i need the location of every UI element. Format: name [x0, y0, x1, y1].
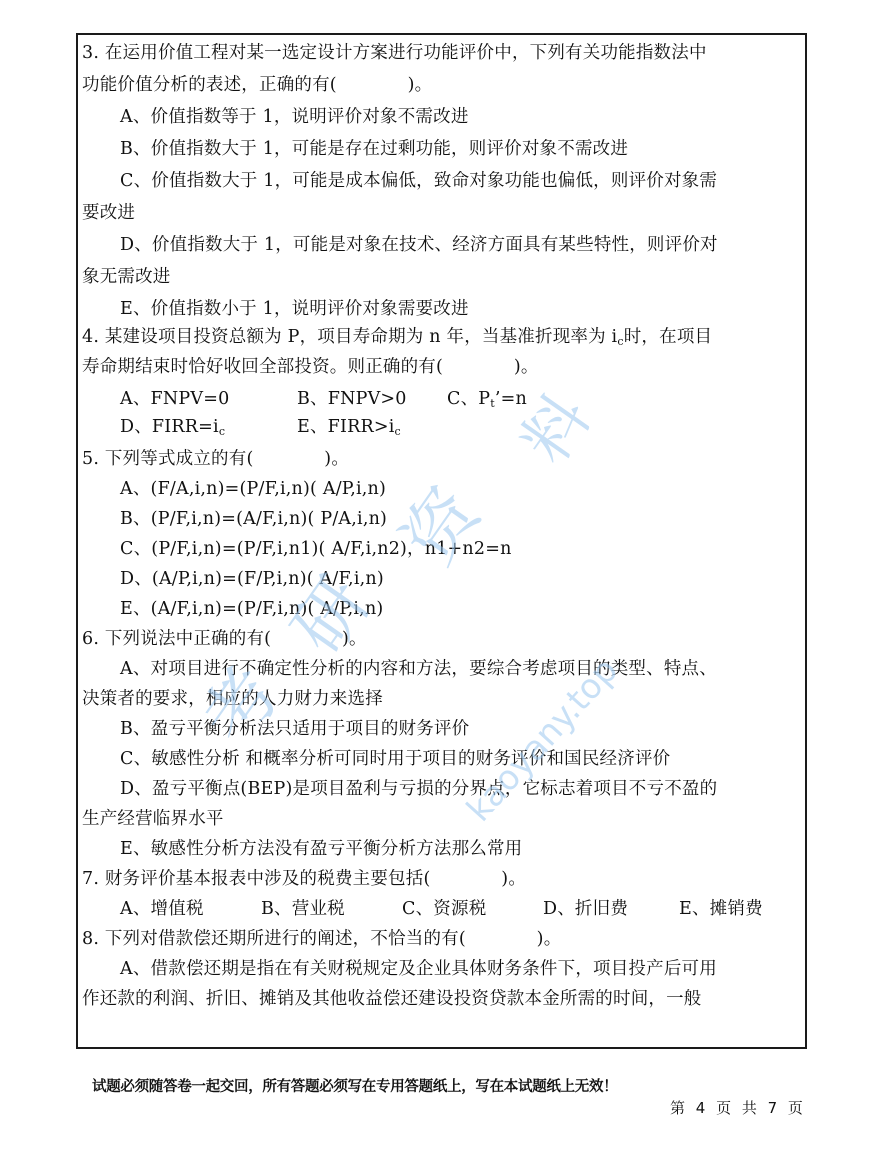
question-5-option-b: B、(P/F,i,n)=(A/F,i,n)( P/A,i,n) [120, 506, 387, 532]
question-6-stem: 6. 下列说法中正确的有( )。 [82, 626, 367, 652]
question-3-option-c-cont: 要改进 [82, 200, 135, 226]
q4-stem-part2: 时，在项目 [624, 327, 713, 347]
question-5-option-a: A、(F/A,i,n)=(P/F,i,n)( A/P,i,n) [120, 476, 386, 502]
q7-option-d: D、折旧费 [543, 896, 679, 922]
question-8-option-a: A、借款偿还期是指在有关财税规定及企业具体财务条件下，项目投产后可用 [120, 956, 717, 982]
q7-option-e: E、摊销费 [679, 896, 763, 922]
question-3-option-d: D、价值指数大于 1，可能是对象在技术、经济方面具有某些特性，则评价对 [120, 232, 718, 258]
q4-option-e: E、FIRR>ic [297, 414, 401, 440]
question-3-option-d-cont: 象无需改进 [82, 264, 171, 290]
question-3-option-a: A、价值指数等于 1，说明评价对象不需改进 [120, 104, 469, 130]
question-6-option-b: B、盈亏平衡分析法只适用于项目的财务评价 [120, 716, 469, 742]
question-4-stem-line1: 4. 某建设项目投资总额为 P，项目寿命期为 n 年，当基准折现率为 ic时，在… [82, 324, 712, 350]
q7-option-c: C、资源税 [402, 896, 543, 922]
question-4-options-row1: A、FNPV=0B、FNPV>0C、Pt’=n [120, 386, 527, 412]
question-4-stem-line2: 寿命期结束时恰好收回全部投资。则正确的有( )。 [82, 354, 539, 380]
question-3-stem-line1: 3. 在运用价值工程对某一选定设计方案进行功能评价中，下列有关功能指数法中 [82, 40, 707, 66]
question-6-option-d-cont: 生产经营临界水平 [82, 806, 224, 832]
question-6-option-d: D、盈亏平衡点(BEP)是项目盈利与亏损的分界点，它标志着项目不亏不盈的 [120, 776, 717, 802]
question-4-options-row2: D、FIRR=icE、FIRR>ic [120, 414, 401, 440]
question-5-option-c: C、(P/F,i,n)=(P/F,i,n1)( A/F,i,n2)，n1+n2=… [120, 536, 512, 562]
page-number: 第 4 页 共 7 页 [670, 1097, 803, 1118]
q4-option-a: A、FNPV=0 [120, 386, 297, 412]
q4-option-c: C、Pt’=n [447, 386, 527, 412]
question-3-option-b: B、价值指数大于 1，可能是存在过剩功能，则评价对象不需改进 [120, 136, 628, 162]
question-6-option-e: E、敏感性分析方法没有盈亏平衡分析方法那么常用 [120, 836, 522, 862]
question-6-option-c: C、敏感性分析 和概率分析可同时用于项目的财务评价和国民经济评价 [120, 746, 670, 772]
footer-notice: 试题必须随答卷一起交回，所有答题必须写在专用答题纸上，写在本试题纸上无效！ [92, 1075, 617, 1096]
question-6-option-a-cont: 决策者的要求，相应的人力财力来选择 [82, 686, 383, 712]
question-5-option-d: D、(A/P,i,n)=(F/P,i,n)( A/F,i,n) [120, 566, 384, 592]
q4-stem-part1: 4. 某建设项目投资总额为 P，项目寿命期为 n 年，当基准折现率为 i [82, 327, 617, 347]
q7-option-b: B、营业税 [261, 896, 402, 922]
q4-option-b: B、FNPV>0 [297, 386, 447, 412]
question-7-stem: 7. 财务评价基本报表中涉及的税费主要包括( )。 [82, 866, 526, 892]
question-3-option-c: C、价值指数大于 1，可能是成本偏低，致命对象功能也偏低，则评价对象需 [120, 168, 717, 194]
question-5-option-e: E、(A/F,i,n)=(P/F,i,n)( A/P,i,n) [120, 596, 383, 622]
question-3-stem-line2: 功能价值分析的表述，正确的有( )。 [82, 72, 432, 98]
question-7-options: A、增值税B、营业税C、资源税D、折旧费E、摊销费 [120, 896, 763, 922]
q4-option-d: D、FIRR=ic [120, 414, 297, 440]
question-6-option-a: A、对项目进行不确定性分析的内容和方法，要综合考虑项目的类型、特点、 [120, 656, 717, 682]
question-8-option-a-cont1: 作还款的利润、折旧、摊销及其他收益偿还建设投资贷款本金所需的时间，一般 [82, 986, 702, 1012]
q7-option-a: A、增值税 [120, 896, 261, 922]
question-8-stem: 8. 下列对借款偿还期所进行的阐述，不恰当的有( )。 [82, 926, 561, 952]
question-3-option-e: E、价值指数小于 1，说明评价对象需要改进 [120, 296, 469, 322]
question-5-stem: 5. 下列等式成立的有( )。 [82, 446, 349, 472]
